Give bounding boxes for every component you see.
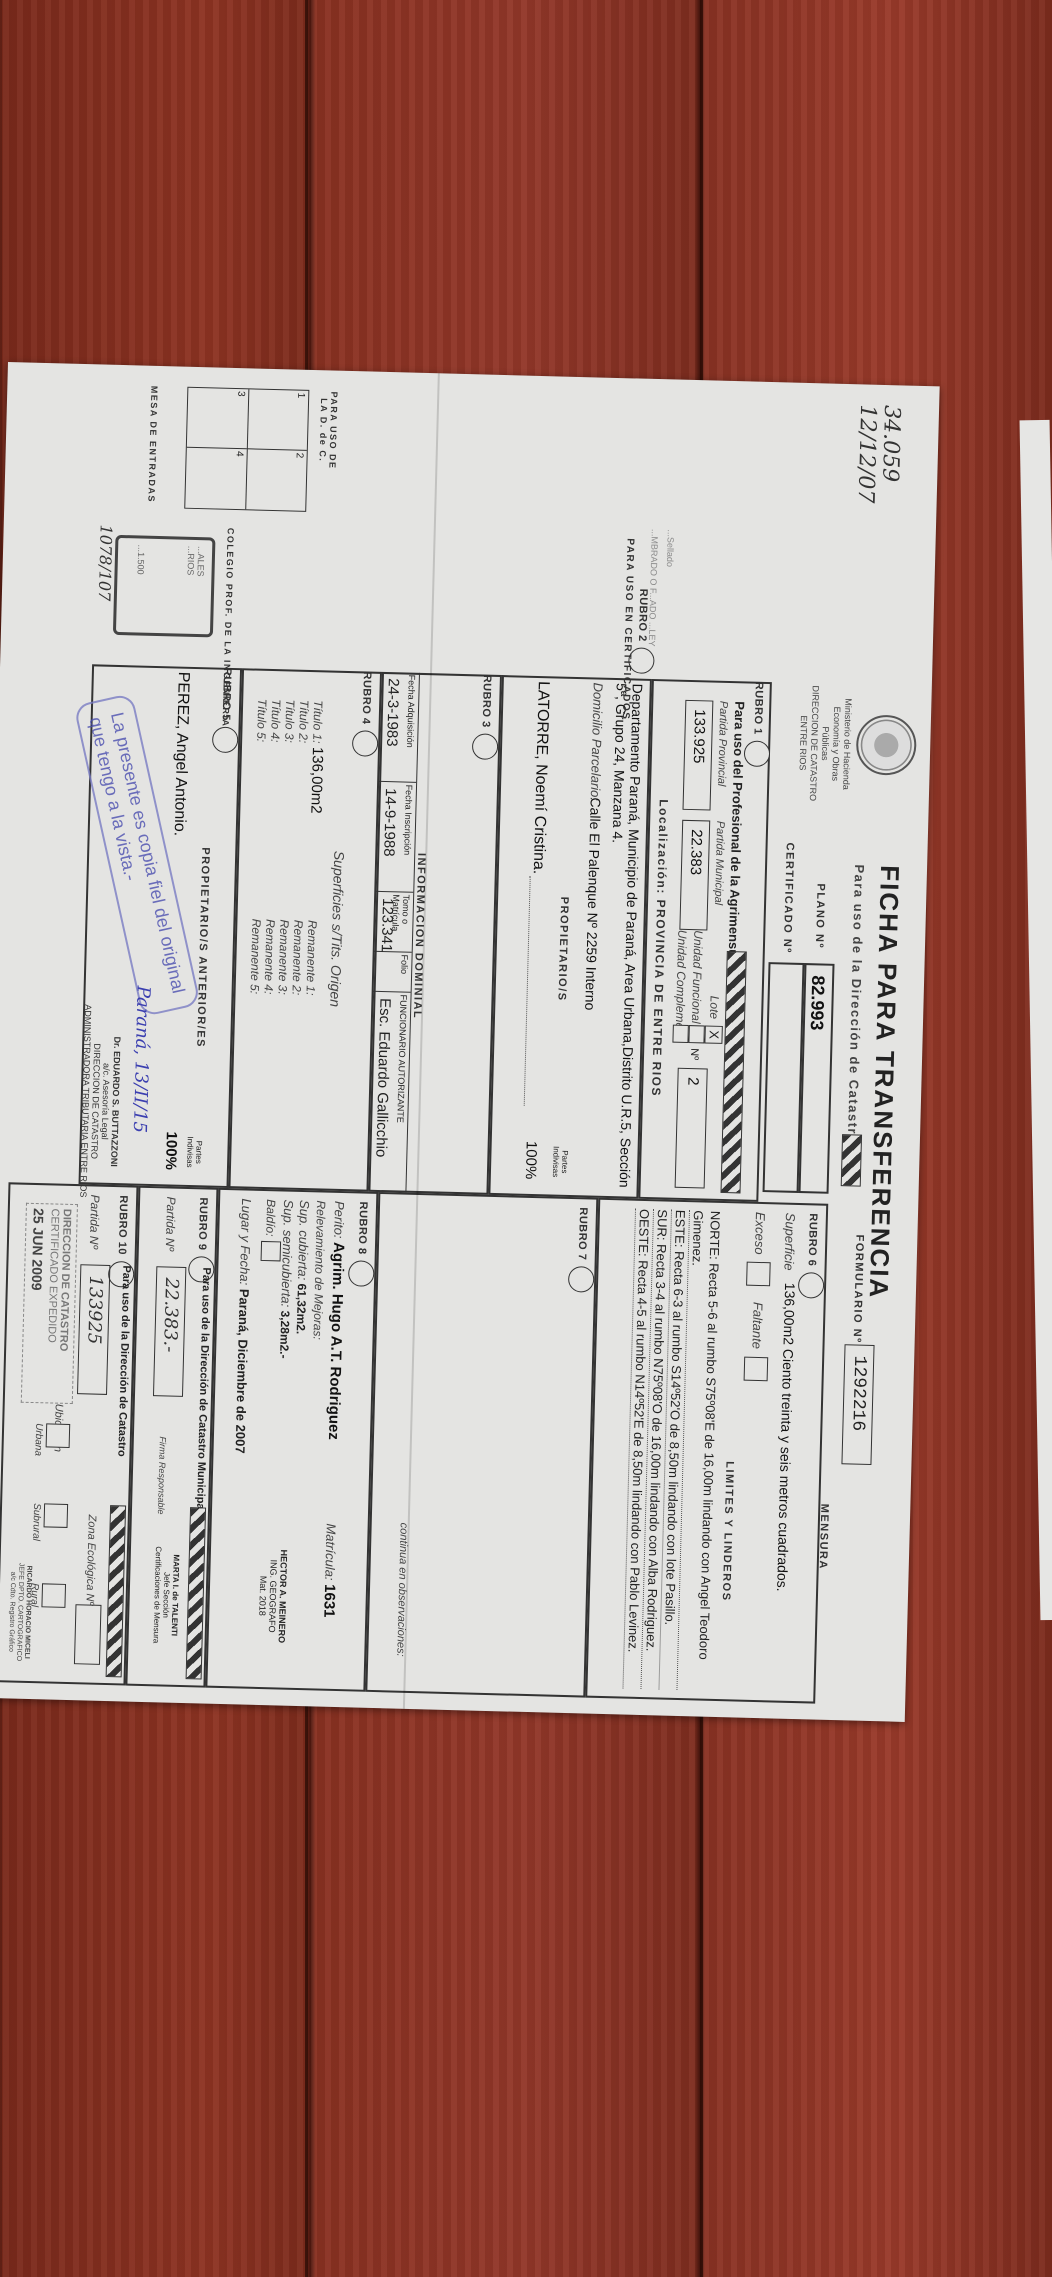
- titulo-1-value: 136,00m2: [307, 747, 326, 814]
- rubro-7-label: RUBRO 7: [568, 1207, 596, 1293]
- zona-ecologica-label: Zona Ecológica Nº: [83, 1514, 97, 1605]
- partida-municipal-field: 22.383: [679, 820, 710, 931]
- partida-provincial-field: 133.925: [683, 700, 714, 811]
- rubro-8-label: RUBRO 8: [348, 1201, 376, 1287]
- handwritten-registration: 34.059 12/12/07: [853, 404, 903, 495]
- titulo-1-label: Título 1:: [310, 700, 325, 744]
- plano-label: PLANO Nº: [813, 883, 827, 949]
- limites-list: NORTE: Recta 5-6 al rumbo S75º08'E de 16…: [622, 1209, 724, 1691]
- partes-indivisas-value: 100%: [162, 1131, 180, 1170]
- quadrant: 2: [245, 449, 307, 511]
- baldio-label: Baldío:: [263, 1199, 278, 1237]
- exceso-label: Exceso: [752, 1212, 768, 1255]
- partida-provincial-label: Partida Provincial: [715, 701, 729, 787]
- document-title: FICHA PARA TRANSFERENCIA: [863, 865, 905, 1300]
- dc-quadrant-grid: 1 2 3 4: [184, 387, 309, 512]
- stamp-line: ...RIOS: [184, 546, 196, 628]
- domicilio-label: Domicilio Parcelario:: [588, 682, 606, 801]
- lote-checkbox[interactable]: X: [704, 1025, 722, 1043]
- sellado-fragment: ...Sellado: [665, 529, 676, 567]
- formulario-label: FORMULARIO Nº: [851, 1234, 866, 1343]
- cartografico-signature-stamp: RICARDO HORACIO MICELI JEFE DPTO. CARTOG…: [6, 1562, 33, 1661]
- rubro-4-text: RUBRO 4: [360, 671, 373, 724]
- rubro-circle-icon: [744, 740, 771, 767]
- unidad-funcional-label: Unidad Funcional: [689, 930, 705, 1024]
- rubro-circle-icon: [568, 1266, 595, 1293]
- rubro-circle-icon: [348, 1260, 375, 1287]
- tomo-matricula: 123.341: [377, 892, 397, 992]
- mensura-heading: MENSURA: [817, 1504, 831, 1570]
- partes-indivisas-label: Partes Indivisas: [185, 1127, 204, 1177]
- stamp-place-date: Paraná, 13/II/15: [129, 985, 154, 1133]
- subrural-label: Subrural: [30, 1503, 42, 1541]
- plano-value: 82.993: [806, 975, 828, 1031]
- colegio-stamp: ...ALES ...RIOS ...1.500: [113, 535, 216, 638]
- signature-block: Dr. EDUARDO S. BUTTAZZONI a/c. Asesoría …: [78, 1004, 123, 1198]
- rubro-4-label: RUBRO 4: [352, 671, 380, 757]
- titulo-4-label: Título 4:: [266, 699, 283, 813]
- rubro-1-text: RUBRO 1: [752, 682, 765, 735]
- fecha-adquisicion: 24-3-1983: [382, 672, 402, 782]
- rubro-10-partida-field: 133925: [77, 1264, 110, 1395]
- rubro-10-partida-label: Partida Nº: [87, 1194, 102, 1249]
- rubro-circle-icon: [472, 733, 499, 760]
- background-paper-edge: [1020, 420, 1052, 1620]
- remanente-label: Remanente 4:: [262, 919, 278, 995]
- rubro-circle-icon: [798, 1272, 825, 1299]
- baldio-checkbox[interactable]: [261, 1241, 282, 1262]
- engineer-signature-stamp: HECTOR A. MEINERO ING. GEOGRAFO Mat. 201…: [257, 1549, 289, 1643]
- unidad-funcional-checkbox[interactable]: [688, 1025, 704, 1043]
- remanente-label: Remanente 1:: [304, 920, 320, 996]
- rubro-9-partida-value: 22.383.-: [159, 1277, 182, 1352]
- ministry-block: Ministerio de Hacienda Economía y Obras …: [796, 683, 854, 804]
- catastro-seal-icon: [855, 714, 917, 776]
- para-uso-dc-label: PARA USO DE LA D. de C.: [317, 390, 339, 470]
- titulos-list: Título 1: 136,00m2 Título 2: Título 3: T…: [252, 699, 325, 814]
- fecha-inscripcion: 14-9-1988: [379, 782, 399, 892]
- rubro-9-text: RUBRO 9: [196, 1197, 209, 1250]
- rural-checkbox[interactable]: [41, 1583, 66, 1608]
- hatched-bar: [841, 1134, 862, 1187]
- sup-semicubierta-value: 3,28m2.-: [277, 1310, 292, 1358]
- sup-cubierta-label: Sup. cubierta:: [295, 1200, 312, 1281]
- certificado-label: CERTIFICADO Nº: [781, 842, 796, 953]
- rubro-3-text: RUBRO 3: [480, 674, 493, 727]
- rubro-3-label: RUBRO 3: [472, 674, 500, 760]
- document-subtitle: Para uso de la Dirección de Catastro: [845, 864, 867, 1144]
- formulario-field: 1292216: [841, 1344, 874, 1465]
- rubro-8-text: RUBRO 8: [356, 1201, 369, 1254]
- partes-indivisas-value: 100%: [522, 1141, 540, 1180]
- quadrant: 1: [247, 389, 309, 451]
- sup-semicubierta-label: Sup. semicubierta:: [278, 1199, 296, 1307]
- subrural-checkbox[interactable]: [44, 1503, 69, 1528]
- rubro-6-label: RUBRO 6: [798, 1213, 826, 1299]
- rubro-circle-icon: [212, 726, 239, 753]
- superficie-label: Superficie: [781, 1213, 798, 1271]
- perito-label: Perito:: [331, 1201, 347, 1239]
- partida-municipal-value: 22.383: [687, 829, 705, 875]
- titulo-3-label: Título 3:: [280, 699, 297, 813]
- numero-field: 2: [675, 1068, 708, 1189]
- firma-responsable-label: Firma Responsable: [156, 1436, 168, 1514]
- sup-cubierta-value: 61,32m2.: [294, 1283, 309, 1334]
- titulo-5-label: Título 5:: [252, 699, 269, 813]
- handwritten-code: 1078/107: [95, 524, 116, 601]
- rubro-10-partida-value: 133925: [83, 1275, 106, 1344]
- plano-field: 82.993: [799, 963, 835, 1194]
- matricula-label: Matrícula:: [322, 1523, 338, 1580]
- ficha-transferencia-document: Ministerio de Hacienda Economía y Obras …: [0, 362, 940, 1722]
- ministry-line: Ministerio de Hacienda: [840, 684, 854, 804]
- partida-municipal-label: Partida Municipal: [712, 821, 726, 906]
- certificado-field: [763, 962, 805, 1193]
- sellado-fragment: ...MBRADO O F...ADO ...LEY: [647, 529, 660, 647]
- lote-check-mark: X: [707, 1030, 722, 1039]
- quadrant: 4: [185, 448, 247, 510]
- unidad-complement-checkbox[interactable]: [672, 1025, 688, 1043]
- rubro-9-partida-label: Partida Nº: [163, 1196, 178, 1251]
- urbana-label: Urbana: [32, 1423, 44, 1456]
- formulario-value: 1292216: [847, 1355, 869, 1431]
- partes-indivisas-label: Partes Indivisas: [551, 1137, 570, 1187]
- matricula-value: 1631: [320, 1584, 338, 1618]
- remanente-label: Remanente 5:: [248, 919, 264, 995]
- mesa-entradas-label: MESA DE ENTRADAS: [146, 386, 159, 503]
- faltante-checkbox[interactable]: [744, 1357, 769, 1382]
- partida-provincial-value: 133.925: [690, 709, 708, 764]
- municipal-signature-stamp: MARTA I. de TALENTI Jefe Sección Certifi…: [152, 1546, 182, 1644]
- faltante-label: Faltante: [749, 1302, 765, 1349]
- numero-value: 2: [684, 1077, 701, 1086]
- remanente-label: Remanente 3:: [276, 919, 292, 995]
- rubro-10-text: RUBRO 10: [116, 1195, 130, 1255]
- catastro-certificate-stamp: DIRECCION DE CATASTRO CERTIFICADO EXPEDI…: [21, 1203, 78, 1404]
- quadrant: 3: [187, 388, 249, 450]
- remanentes-list: Remanente 1: Remanente 2: Remanente 3: R…: [248, 919, 320, 996]
- urbana-checkbox[interactable]: [46, 1423, 71, 1448]
- rubro-1-label: RUBRO 1: [744, 681, 772, 767]
- numero-label: Nº: [688, 1048, 700, 1060]
- rubro-6-text: RUBRO 6: [806, 1213, 819, 1266]
- remanente-label: Remanente 2:: [290, 920, 306, 996]
- lote-label: Lote: [707, 996, 722, 1020]
- rubro-circle-icon: [352, 730, 379, 757]
- form-canvas: Ministerio de Hacienda Economía y Obras …: [0, 362, 940, 1722]
- exceso-checkbox[interactable]: [746, 1262, 771, 1287]
- stamp-line: ...1.500: [134, 544, 146, 626]
- rubro-9-partida-field: 22.383.-: [153, 1266, 186, 1397]
- lugar-fecha-label: Lugar y Fecha:: [237, 1198, 254, 1285]
- rubro-7-text: RUBRO 7: [576, 1207, 589, 1260]
- zona-ecologica-field[interactable]: [74, 1604, 102, 1665]
